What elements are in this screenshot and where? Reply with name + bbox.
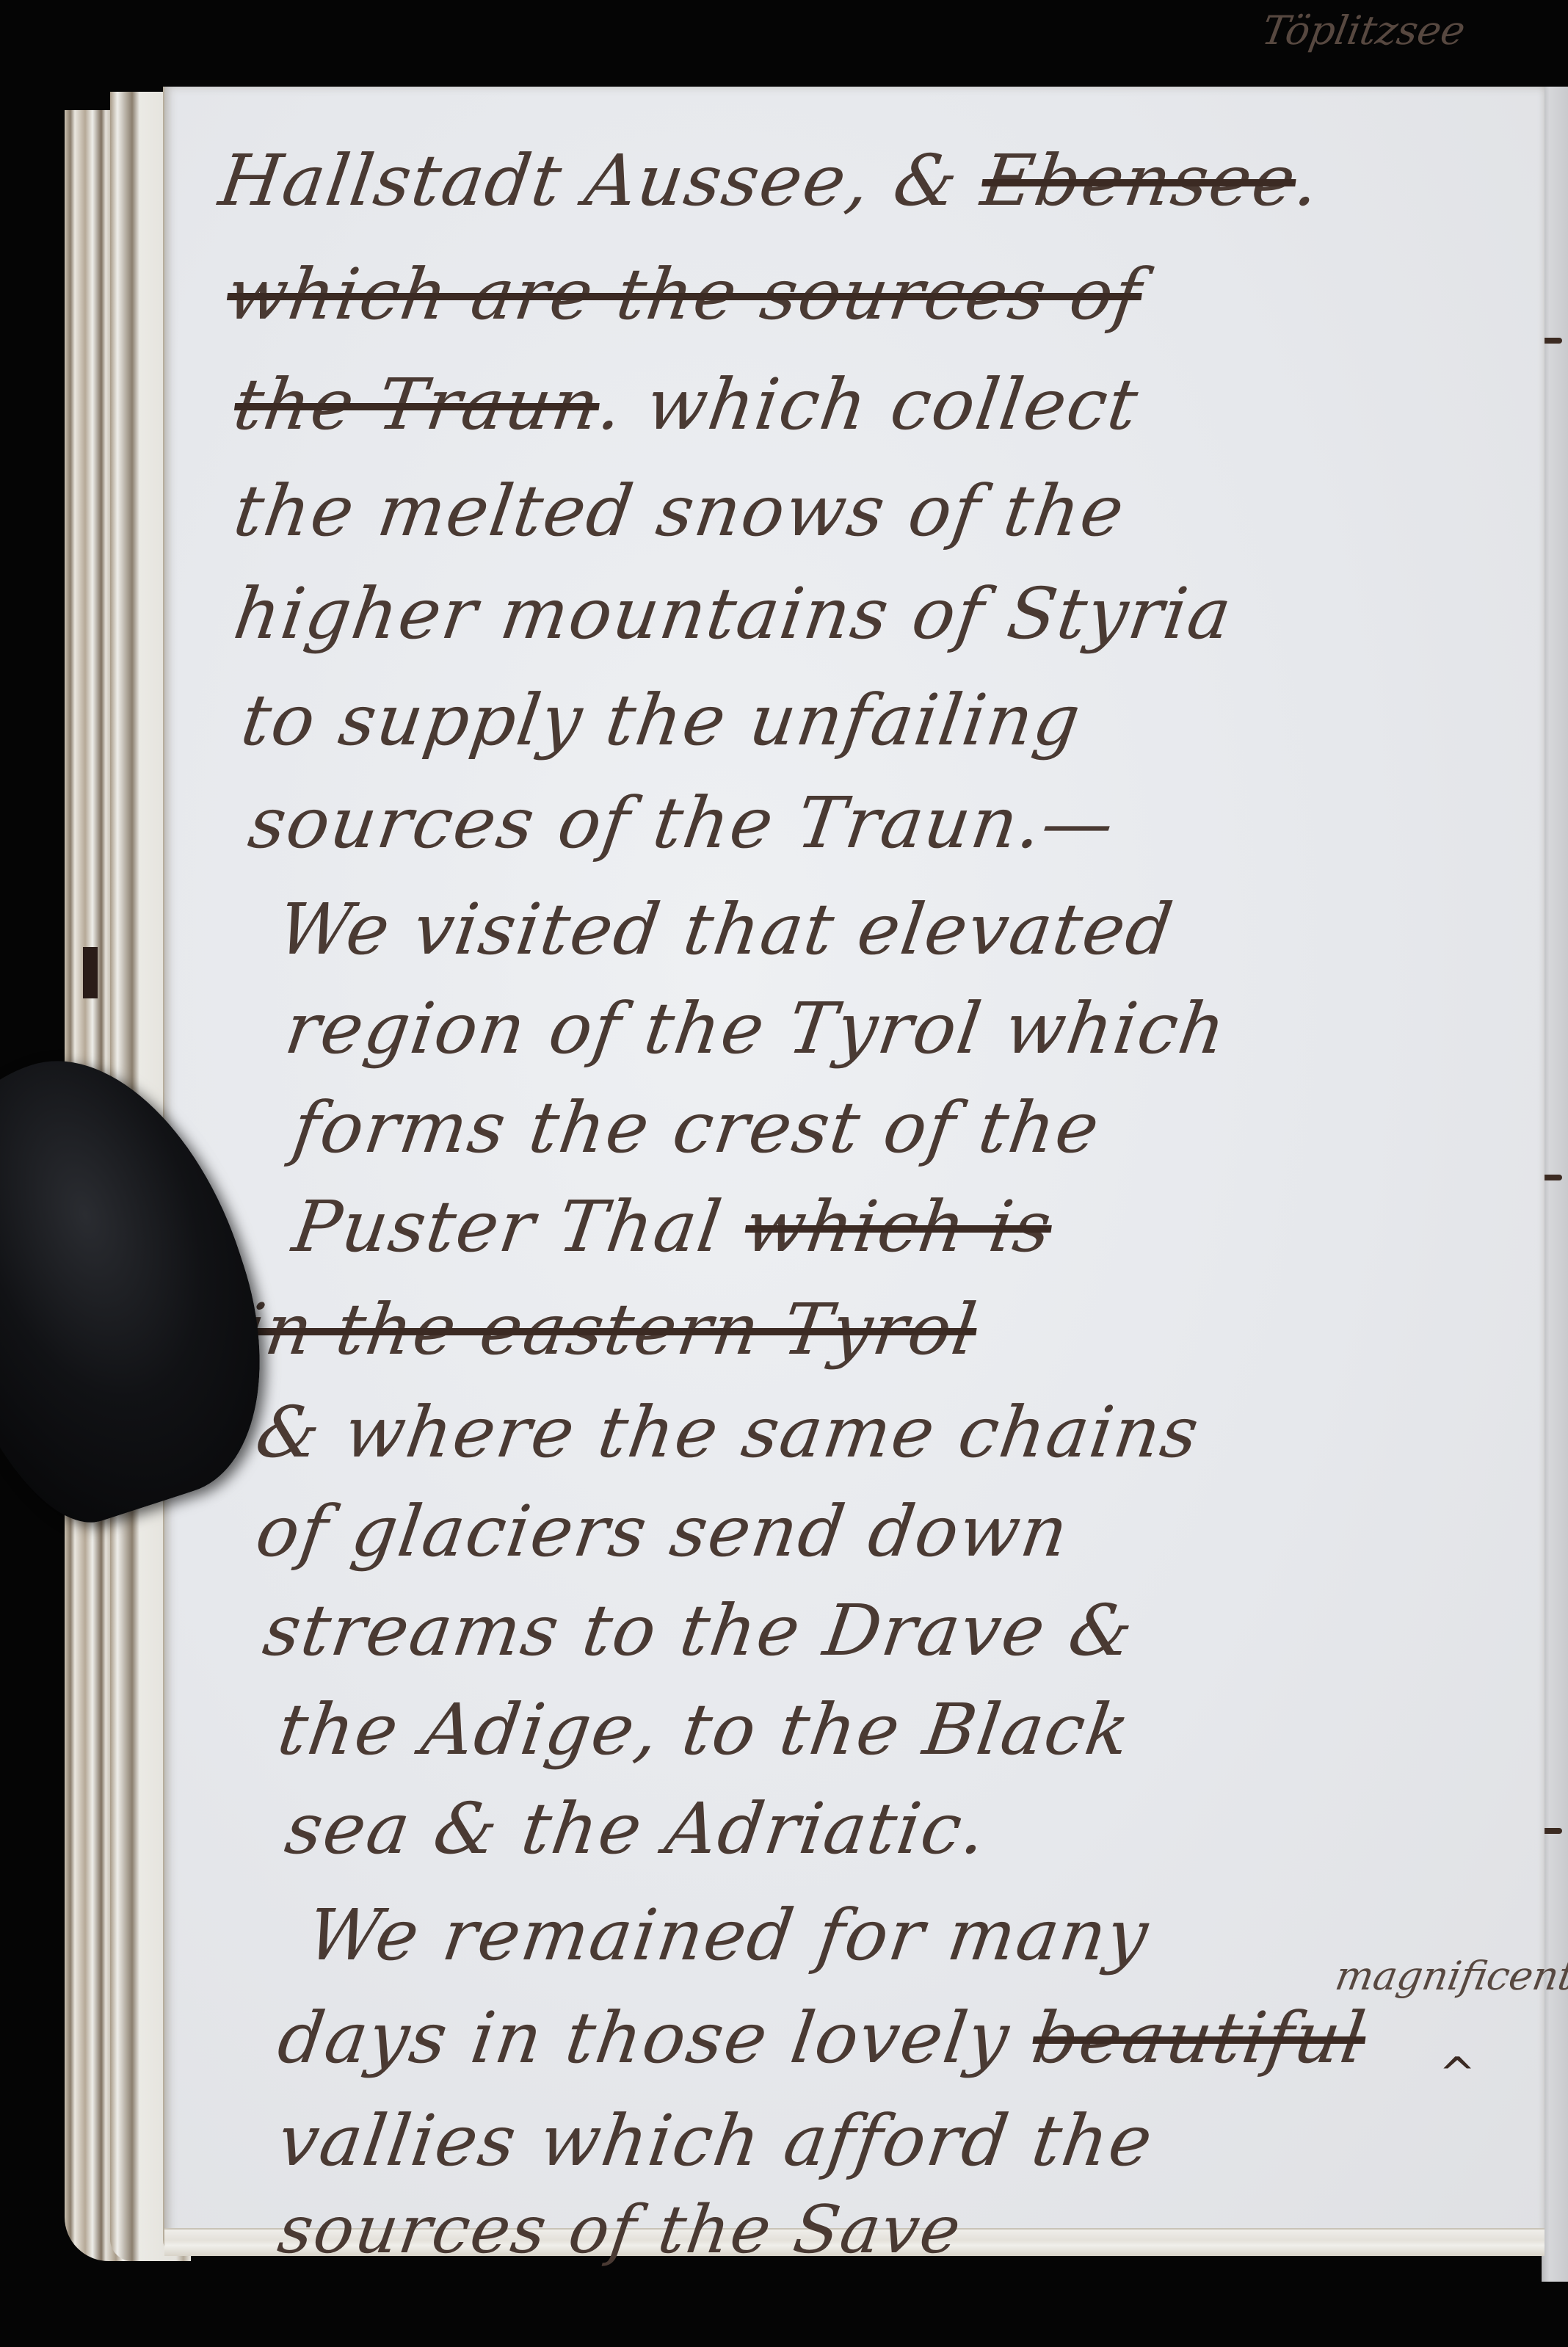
text-line: vallies which afford the [273, 2100, 1158, 2182]
text-line: sources of the Traun.— [244, 782, 1120, 864]
deleted-word: Ebensee [976, 139, 1302, 222]
line-text: . which collect [594, 363, 1144, 446]
text-line: sources of the Save [274, 2191, 967, 2268]
text-line: We remained for many [302, 1894, 1154, 1976]
text-line: the melted snows of the [229, 470, 1130, 552]
line-text: Hallstadt Aussee, & [214, 139, 988, 222]
text-line: the Traun. which collect [229, 363, 1144, 446]
insertion-caret: ^ [1439, 2048, 1476, 2100]
notebook-photo: Töplitzsee Hallstadt Aussee, & Ebensee. … [0, 0, 1568, 2347]
deleted-word: the Traun [229, 363, 605, 446]
text-line: streams to the Drave & [258, 1589, 1139, 1672]
deleted-word: which is [740, 1186, 1058, 1268]
text-line: region of the Tyrol which [280, 987, 1232, 1070]
inserted-word: Töplitzsee [1258, 7, 1468, 54]
text-line: to supply the unfailing [236, 679, 1086, 761]
line-text: Puster Thal [288, 1186, 752, 1268]
text-line: forms the crest of the [288, 1087, 1105, 1169]
text-line: sea & the Adriatic. [280, 1788, 992, 1870]
text-line: days in those lovely beautiful [273, 1997, 1371, 2079]
text-line: Hallstadt Aussee, & Ebensee. [214, 139, 1326, 222]
text-line: & where the same chains [251, 1391, 1205, 1473]
line-text: days in those lovely [273, 1997, 1039, 2079]
text-line: Puster Thal which is [288, 1186, 1057, 1268]
inserted-word: magnificent [1332, 1953, 1568, 1999]
deleted-word: beautiful [1028, 1997, 1371, 2079]
text-line: the Adige, to the Black [273, 1688, 1136, 1771]
deleted-line: in the eastern Tyrol [236, 1288, 982, 1371]
text-line: of glaciers send down [251, 1490, 1074, 1572]
deleted-line: which are the sources of [222, 253, 1147, 335]
text-line: We visited that elevated [273, 888, 1179, 971]
text-line: higher mountains of Styria [229, 573, 1238, 655]
handwritten-text: Töplitzsee Hallstadt Aussee, & Ebensee. … [0, 0, 1568, 2347]
